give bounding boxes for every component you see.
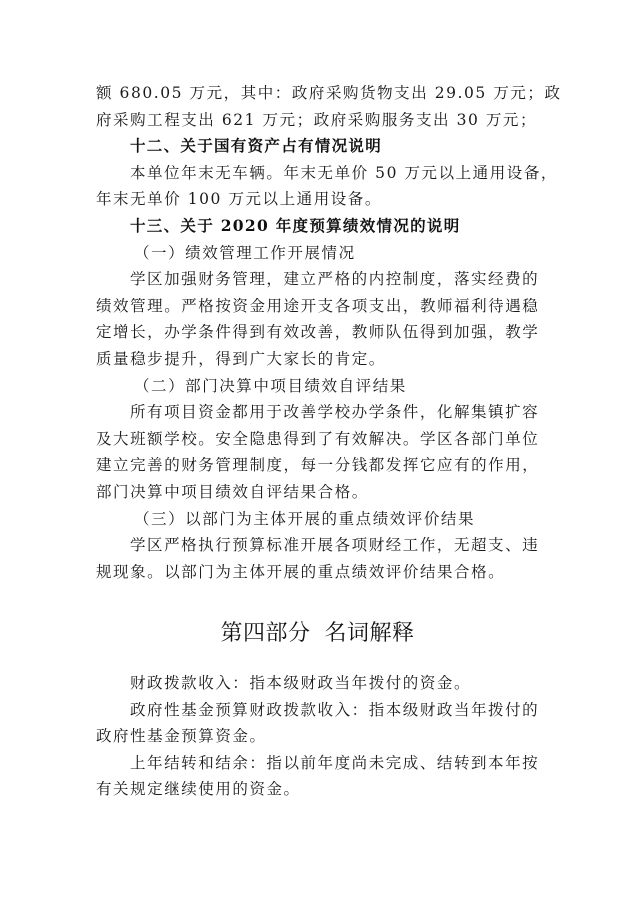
- paragraph-line: 质量稳步提升，得到广大家长的肯定。: [96, 346, 542, 373]
- subsection-title-3: （三）以部门为主体开展的重点绩效评价结果: [96, 506, 542, 533]
- paragraph-line: 建立完善的财务管理制度，每一分钱都发挥它应有的作用，: [96, 452, 542, 479]
- paragraph-line: 定增长，办学条件得到有效改善，教师队伍得到加强，教学: [96, 319, 542, 346]
- paragraph-line: 额 680.05 万元，其中：政府采购货物支出 29.05 万元；政: [96, 80, 542, 107]
- paragraph-line: 府采购工程支出 621 万元；政府采购服务支出 30 万元；: [96, 107, 542, 134]
- section-heading-12: 十二、关于国有资产占有情况说明: [96, 133, 542, 160]
- glossary-term: 财政拨款收入：指本级财政当年拨付的资金。: [96, 670, 542, 697]
- section-heading-13: 十三、关于 2020 年度预算绩效情况的说明: [96, 213, 542, 240]
- glossary-term: 政府性基金预算财政拨款收入：指本级财政当年拨付的: [96, 697, 542, 724]
- glossary-term-continuation: 政府性基金预算资金。: [96, 723, 542, 750]
- subsection-title-1: （一）绩效管理工作开展情况: [96, 240, 542, 267]
- document-body: 额 680.05 万元，其中：政府采购货物支出 29.05 万元；政 府采购工程…: [96, 80, 542, 585]
- subsection-title-2: （二）部门决算中项目绩效自评结果: [96, 373, 542, 400]
- paragraph-line: 部门决算中项目绩效自评结果合格。: [96, 479, 542, 506]
- glossary-term-continuation: 有关规定继续使用的资金。: [96, 776, 542, 803]
- glossary-term: 上年结转和结余：指以前年度尚未完成、结转到本年按: [96, 750, 542, 777]
- part-heading: 第四部分名词解释: [0, 616, 635, 652]
- paragraph-line: 规现象。以部门为主体开展的重点绩效评价结果合格。: [96, 559, 542, 586]
- paragraph-line: 本单位年末无车辆。年末无单价 50 万元以上通用设备，: [96, 160, 542, 187]
- paragraph-line: 学区加强财务管理，建立严格的内控制度，落实经费的: [96, 266, 542, 293]
- paragraph-line: 学区严格执行预算标准开展各项财经工作，无超支、违: [96, 532, 542, 559]
- part-number: 第四部分: [220, 621, 310, 646]
- paragraph-line: 年末无单价 100 万元以上通用设备。: [96, 186, 542, 213]
- glossary: 财政拨款收入：指本级财政当年拨付的资金。 政府性基金预算财政拨款收入：指本级财政…: [96, 670, 542, 803]
- paragraph-line: 所有项目资金都用于改善学校办学条件，化解集镇扩容: [96, 399, 542, 426]
- paragraph-line: 及大班额学校。安全隐患得到了有效解决。学区各部门单位: [96, 426, 542, 453]
- paragraph-line: 绩效管理。严格按资金用途开支各项支出，教师福利待遇稳: [96, 293, 542, 320]
- part-title: 名词解释: [325, 621, 415, 646]
